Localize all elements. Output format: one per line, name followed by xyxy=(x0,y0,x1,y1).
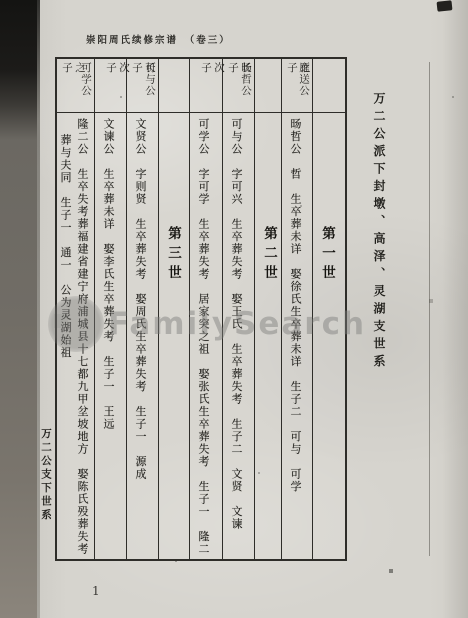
entry-text: 文谏公 生卒葬未详 娶李氏生卒葬失考 生子一 王远 xyxy=(95,118,122,557)
entry-text: 文贤公 字则贤 生卒葬失考 娶周氏生卒葬失考 生子一 源成 xyxy=(127,118,154,557)
relation-label: 长子 xyxy=(226,62,252,112)
header-cell: 旸哲公 长子 xyxy=(223,59,254,113)
header-cell: 次子 xyxy=(190,59,222,113)
generation-label-cell: 第一世 xyxy=(313,113,341,557)
relation-label: 之子 xyxy=(60,62,86,112)
page-number: 1 xyxy=(92,584,100,598)
column-wen-xian-gong: 可与公 长子 文贤公 字则贤 生卒葬失考 娶周氏生卒葬失考 生子一 源成 xyxy=(127,59,159,559)
scan-specks xyxy=(0,0,2,2)
header-cell: 可与公 长子 xyxy=(127,59,158,113)
page-title: 崇阳周氏续修宗谱 （卷三） xyxy=(86,32,231,46)
book-binding-edge xyxy=(0,0,37,618)
entry-text-continued: 葬与夫同 生子一 通一 公为灵湖始祖 xyxy=(57,118,74,557)
relation-label: 之子 xyxy=(285,62,311,112)
entry-cell: 文谏公 生卒葬未详 娶李氏生卒葬失考 生子一 王远 xyxy=(95,113,123,557)
entry-cell: 文贤公 字则贤 生卒葬失考 娶周氏生卒葬失考 生子一 源成 xyxy=(127,113,155,557)
column-ke-xue-gong: 次子 可学公 字可学 生卒葬失考 居家突之祖 娶张氏生卒葬失考 生子一 隆二 xyxy=(190,59,223,559)
header-cell-empty xyxy=(255,59,281,113)
generation-label: 第一世 xyxy=(313,118,340,557)
header-cell-empty xyxy=(313,59,345,113)
entry-text: 隆二公 生卒失考葬福建省建宁府浦城县十七都九甲坌坡地方 娶陈氏殁葬失考 xyxy=(74,118,91,557)
relation-label: 长子 xyxy=(130,62,156,112)
entry-text: 可与公 字可兴 生卒葬失考 娶王氏 生卒葬失考 生子二 文贤 文谏 xyxy=(223,118,250,557)
right-margin-note: 万二公派下封墩、高泽、灵湖支世系 xyxy=(371,92,388,372)
generation-label-cell: 第二世 xyxy=(255,113,283,557)
column-yang-zhe-gong: 雁送公 之子 旸哲公 哲 生卒葬未详 娶徐氏生卒葬未详 生子二 可与 可学 xyxy=(282,59,313,559)
entry-text: 可学公 字可学 生卒葬失考 居家突之祖 娶张氏生卒葬失考 生子一 隆二 xyxy=(190,118,217,557)
entry-text: 旸哲公 哲 生卒葬未详 娶徐氏生卒葬未详 生子二 可与 可学 xyxy=(282,118,309,557)
entry-cell: 可与公 字可兴 生卒葬失考 娶王氏 生卒葬失考 生子二 文贤 文谏 xyxy=(223,113,251,557)
header-cell: 雁送公 之子 xyxy=(282,59,312,113)
column-long-er-gong: 可学公 之子 隆二公 生卒失考葬福建省建宁府浦城县十七都九甲坌坡地方 娶陈氏殁葬… xyxy=(57,59,95,559)
binding-crease xyxy=(37,0,40,618)
scanned-genealogy-page: 崇阳周氏续修宗谱 （卷三） 可学公 之子 隆二公 生卒失考葬福建省建宁府浦城县十… xyxy=(0,0,468,618)
entry-cell: 隆二公 生卒失考葬福建省建宁府浦城县十七都九甲坌坡地方 娶陈氏殁葬失考 葬与夫同… xyxy=(57,113,92,557)
entry-cell: 旸哲公 哲 生卒葬未详 娶徐氏生卒葬未详 生子二 可与 可学 xyxy=(282,113,310,557)
relation-label: 次子 xyxy=(199,62,225,112)
column-gen3-label: 第三世 xyxy=(159,59,190,559)
column-wen-jian-gong: 次子 文谏公 生卒葬未详 娶李氏生卒葬失考 生子一 王远 xyxy=(95,59,127,559)
right-margin-rule xyxy=(429,62,430,556)
header-cell: 次子 xyxy=(95,59,126,113)
column-gen2-label: 第二世 xyxy=(255,59,282,559)
column-ke-yu-gong: 旸哲公 长子 可与公 字可兴 生卒葬失考 娶王氏 生卒葬失考 生子二 文贤 文谏 xyxy=(223,59,255,559)
genealogy-table: 可学公 之子 隆二公 生卒失考葬福建省建宁府浦城县十七都九甲坌坡地方 娶陈氏殁葬… xyxy=(55,57,347,561)
left-margin-note: 万二公支下世系 xyxy=(39,428,54,523)
entry-cell: 可学公 字可学 生卒葬失考 居家突之祖 娶张氏生卒葬失考 生子一 隆二 xyxy=(190,113,218,557)
header-cell-empty xyxy=(159,59,189,113)
header-cell: 可学公 之子 xyxy=(57,59,94,113)
generation-label-cell: 第三世 xyxy=(159,113,187,557)
ink-mark xyxy=(437,0,453,12)
generation-label: 第二世 xyxy=(255,118,282,557)
generation-label: 第三世 xyxy=(159,118,186,557)
column-gen1-label: 第一世 xyxy=(313,59,345,559)
